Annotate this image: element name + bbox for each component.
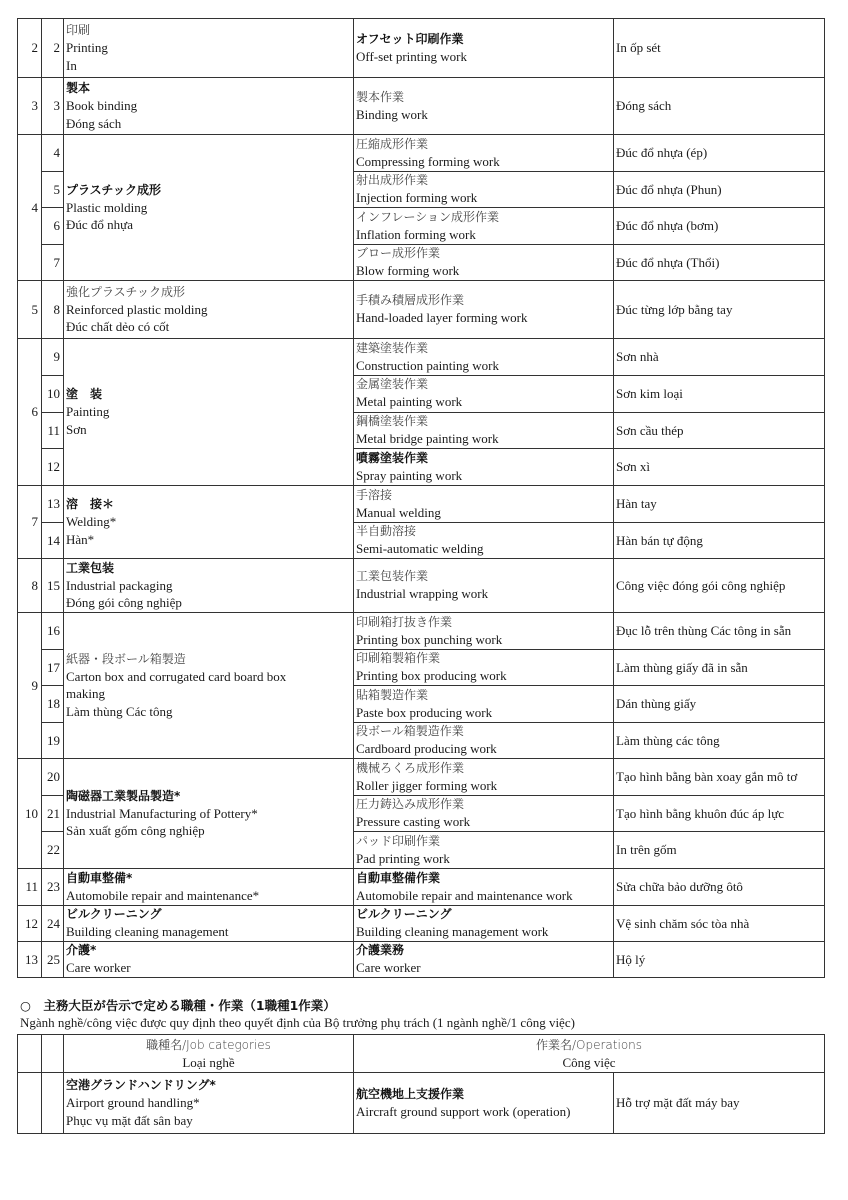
operation-number: 15 <box>42 559 64 613</box>
operation-vi: In ốp sét <box>614 19 825 78</box>
operation-vi: Đúc từng lớp bằng tay <box>614 281 825 339</box>
operation-jp: 印刷箱打抜き作業 <box>356 614 611 631</box>
job-jp: 工業包装 <box>66 560 351 577</box>
operation-number: 9 <box>42 339 64 376</box>
job-jp: 製本 <box>66 80 351 97</box>
operation-number: 5 <box>42 171 64 208</box>
operation-cell: 鋼橋塗装作業Metal bridge painting work <box>354 412 614 449</box>
operation-en: Injection forming work <box>356 189 611 207</box>
table-row: 69塗 装PaintingSơn建築塗装作業Construction paint… <box>18 339 825 376</box>
job-category-cell: 介護*Care worker <box>64 942 354 978</box>
job-jp: 陶磁器工業製品製造* <box>66 788 351 805</box>
operation-cell: 圧力鋳込み成形作業Pressure casting work <box>354 795 614 832</box>
operation-en: Pressure casting work <box>356 813 611 831</box>
section-heading: ○ 主務大臣が告示で定める職種・作業（1職種1作業） <box>20 996 336 1014</box>
job-en: Airport ground handling* <box>66 1094 351 1112</box>
operation-cell: パッド印刷作業Pad printing work <box>354 832 614 869</box>
operation-jp: 貼箱製造作業 <box>356 687 611 704</box>
operation-cell: インフレーション成形作業Inflation forming work <box>354 208 614 245</box>
header-job-label: 職種名/Job categories <box>66 1036 351 1054</box>
job-vi: Đúc chất dẻo có cốt <box>66 318 351 336</box>
operation-vi: Tạo hình bằng bàn xoay gắn mô tơ <box>614 759 825 796</box>
job-category-cell: 溶 接＊Welding*Hàn* <box>64 486 354 559</box>
job-vi: Làm thùng Các tông <box>66 703 351 721</box>
operation-cell: 工業包装作業Industrial wrapping work <box>354 559 614 613</box>
header-job-categories: 職種名/Job categories Loại nghề <box>64 1035 354 1073</box>
op-cell: 航空機地上支援作業 Aircraft ground support work (… <box>354 1073 614 1134</box>
job-category-cell: 紙器・段ボール箱製造Carton box and corrugated card… <box>64 613 354 759</box>
job-vi: Đúc đổ nhựa <box>66 216 351 234</box>
operation-jp: 半自動溶接 <box>356 523 611 540</box>
table-row: 1224ビルクリーニングBuilding cleaning management… <box>18 906 825 942</box>
operation-number: 12 <box>42 449 64 486</box>
group-number: 7 <box>18 486 42 559</box>
operation-number: 25 <box>42 942 64 978</box>
operation-number: 4 <box>42 135 64 172</box>
operation-vi: Hộ lý <box>614 942 825 978</box>
job-en: Care worker <box>66 959 351 977</box>
job-jp: 紙器・段ボール箱製造 <box>66 651 351 668</box>
operation-en: Pad printing work <box>356 850 611 868</box>
operation-en: Cardboard producing work <box>356 740 611 758</box>
operation-number: 24 <box>42 906 64 942</box>
job-en: Plastic molding <box>66 199 351 217</box>
job-en: Automobile repair and maintenance* <box>66 887 351 905</box>
op-jp: 航空機地上支援作業 <box>356 1086 611 1103</box>
operation-vi: Đục lỗ trên thùng Các tông in sẵn <box>614 613 825 650</box>
operation-vi: Vệ sinh chăm sóc tòa nhà <box>614 906 825 942</box>
section-subheading: Ngành nghề/công việc được quy định theo … <box>20 1015 575 1031</box>
table-row: 44プラスチック成形Plastic moldingĐúc đổ nhựa圧縮成形… <box>18 135 825 172</box>
job-jp: 介護* <box>66 942 351 959</box>
operation-en: Care worker <box>356 959 611 977</box>
minister-designated-table: 職種名/Job categories Loại nghề 作業名/Operati… <box>17 1034 825 1134</box>
operation-number: 11 <box>42 412 64 449</box>
operation-vi: Đúc đổ nhựa (bơm) <box>614 208 825 245</box>
operation-jp: 工業包装作業 <box>356 568 611 585</box>
operation-en: Semi-automatic welding <box>356 540 611 558</box>
operation-cell: 金属塗装作業Metal painting work <box>354 375 614 412</box>
operation-vi: Đúc đổ nhựa (Phun) <box>614 171 825 208</box>
job-en: Carton box and corrugated card board box… <box>66 668 316 703</box>
job-category-cell: プラスチック成形Plastic moldingĐúc đổ nhựa <box>64 135 354 281</box>
row-blank-1 <box>18 1073 42 1134</box>
table-row: 33製本Book bindingĐóng sách製本作業Binding wor… <box>18 78 825 135</box>
job-en: Book binding <box>66 97 351 115</box>
job-category-cell: 塗 装PaintingSơn <box>64 339 354 486</box>
operation-en: Hand-loaded layer forming work <box>356 309 611 327</box>
operation-jp: 金属塗装作業 <box>356 376 611 393</box>
job-category-cell: 製本Book bindingĐóng sách <box>64 78 354 135</box>
operation-number: 3 <box>42 78 64 135</box>
operation-cell: 手積み積層成形作業Hand-loaded layer forming work <box>354 281 614 339</box>
header-blank-1 <box>18 1035 42 1073</box>
operation-en: Off-set printing work <box>356 48 611 66</box>
job-jp: 溶 接＊ <box>66 496 351 513</box>
group-number: 2 <box>18 19 42 78</box>
operation-number: 18 <box>42 686 64 723</box>
operation-vi: Làm thùng các tông <box>614 722 825 759</box>
operation-jp: 段ボール箱製造作業 <box>356 723 611 740</box>
operation-vi: Công việc đóng gói công nghiệp <box>614 559 825 613</box>
operation-cell: 射出成形作業Injection forming work <box>354 171 614 208</box>
job-en: Building cleaning management <box>66 923 351 941</box>
operation-en: Roller jigger forming work <box>356 777 611 795</box>
operation-number: 8 <box>42 281 64 339</box>
operation-en: Binding work <box>356 106 611 124</box>
group-number: 9 <box>18 613 42 759</box>
operation-en: Paste box producing work <box>356 704 611 722</box>
job-jp: 空港グランドハンドリング* <box>66 1077 351 1094</box>
job-vi: Sơn <box>66 421 351 439</box>
operation-vi: Sửa chữa bảo dưỡng ôtô <box>614 869 825 906</box>
operation-cell: 自動車整備作業Automobile repair and maintenance… <box>354 869 614 906</box>
operation-en: Automobile repair and maintenance work <box>356 887 611 905</box>
operation-en: Spray painting work <box>356 467 611 485</box>
job-category-cell: 工業包装Industrial packagingĐóng gói công ng… <box>64 559 354 613</box>
job-category-cell: 印刷PrintingIn <box>64 19 354 78</box>
job-category-cell: 陶磁器工業製品製造*Industrial Manufacturing of Po… <box>64 759 354 869</box>
operation-jp: 印刷箱製箱作業 <box>356 650 611 667</box>
operation-en: Manual welding <box>356 504 611 522</box>
operation-number: 23 <box>42 869 64 906</box>
operation-en: Metal bridge painting work <box>356 430 611 448</box>
operation-vi: Đúc đổ nhựa (Thổi) <box>614 244 825 281</box>
operation-vi: Dán thùng giấy <box>614 686 825 723</box>
table-row: 1020陶磁器工業製品製造*Industrial Manufacturing o… <box>18 759 825 796</box>
job-vi: Phục vụ mặt đất sân bay <box>66 1112 351 1130</box>
operation-number: 13 <box>42 486 64 523</box>
job-en: Industrial Manufacturing of Pottery* <box>66 805 351 823</box>
operation-vi: Đúc đổ nhựa (ép) <box>614 135 825 172</box>
group-number: 4 <box>18 135 42 281</box>
group-number: 6 <box>18 339 42 486</box>
header-operations: 作業名/Operations Công việc <box>354 1035 825 1073</box>
operation-jp: パッド印刷作業 <box>356 833 611 850</box>
group-number: 13 <box>18 942 42 978</box>
operation-jp: 自動車整備作業 <box>356 870 611 887</box>
job-category-cell: 強化プラスチック成形Reinforced plastic moldingĐúc … <box>64 281 354 339</box>
table-row: 1325介護*Care worker介護業務Care workerHộ lý <box>18 942 825 978</box>
operation-en: Printing box punching work <box>356 631 611 649</box>
header-job-vi: Loại nghề <box>66 1054 351 1072</box>
operation-en: Metal painting work <box>356 393 611 411</box>
operation-vi: Hàn bán tự động <box>614 522 825 559</box>
operation-vi: Sơn cầu thép <box>614 412 825 449</box>
header-op-label: 作業名/Operations <box>356 1036 822 1054</box>
operation-vi: Tạo hình bằng khuôn đúc áp lực <box>614 795 825 832</box>
op-en: Aircraft ground support work (operation) <box>356 1103 611 1121</box>
table-row: 22印刷PrintingInオフセット印刷作業Off-set printing … <box>18 19 825 78</box>
table-row: 1123自動車整備*Automobile repair and maintena… <box>18 869 825 906</box>
header-op-vi: Công việc <box>356 1054 822 1072</box>
operation-cell: オフセット印刷作業Off-set printing work <box>354 19 614 78</box>
operation-jp: 機械ろくろ成形作業 <box>356 760 611 777</box>
operation-jp: ブロー成形作業 <box>356 245 611 262</box>
row-blank-2 <box>42 1073 64 1134</box>
operation-number: 6 <box>42 208 64 245</box>
group-number: 3 <box>18 78 42 135</box>
operation-en: Construction painting work <box>356 357 611 375</box>
operation-jp: 圧力鋳込み成形作業 <box>356 796 611 813</box>
header-row: 職種名/Job categories Loại nghề 作業名/Operati… <box>18 1035 825 1073</box>
operation-cell: 建築塗装作業Construction painting work <box>354 339 614 376</box>
operation-vi: Hàn tay <box>614 486 825 523</box>
job-category-cell: 自動車整備*Automobile repair and maintenance* <box>64 869 354 906</box>
operation-cell: 介護業務Care worker <box>354 942 614 978</box>
operation-jp: ビルクリーニング <box>356 906 611 923</box>
operation-jp: 建築塗装作業 <box>356 340 611 357</box>
job-vi: Sản xuất gốm công nghiệp <box>66 822 351 840</box>
operation-cell: ブロー成形作業Blow forming work <box>354 244 614 281</box>
operation-number: 17 <box>42 649 64 686</box>
job-vi: In <box>66 57 351 75</box>
operation-cell: 製本作業Binding work <box>354 78 614 135</box>
group-number: 10 <box>18 759 42 869</box>
table-row: 空港グランドハンドリング* Airport ground handling* P… <box>18 1073 825 1134</box>
job-en: Reinforced plastic molding <box>66 301 351 319</box>
job-cell: 空港グランドハンドリング* Airport ground handling* P… <box>64 1073 354 1134</box>
job-category-cell: ビルクリーニングBuilding cleaning management <box>64 906 354 942</box>
job-en: Printing <box>66 39 351 57</box>
operation-vi: Sơn xì <box>614 449 825 486</box>
op-vi-cell: Hỗ trợ mặt đất máy bay <box>614 1073 825 1134</box>
table-row: 713溶 接＊Welding*Hàn*手溶接Manual weldingHàn … <box>18 486 825 523</box>
operation-en: Compressing forming work <box>356 153 611 171</box>
operation-jp: 鋼橋塗装作業 <box>356 413 611 430</box>
operation-jp: インフレーション成形作業 <box>356 209 611 226</box>
group-number: 11 <box>18 869 42 906</box>
operation-vi: Đóng sách <box>614 78 825 135</box>
operation-en: Blow forming work <box>356 262 611 280</box>
job-vi: Hàn* <box>66 531 351 549</box>
job-vi: Đóng gói công nghiệp <box>66 594 351 612</box>
operation-number: 16 <box>42 613 64 650</box>
operation-number: 19 <box>42 722 64 759</box>
operation-number: 2 <box>42 19 64 78</box>
operation-jp: 噴霧塗装作業 <box>356 450 611 467</box>
operation-en: Printing box producing work <box>356 667 611 685</box>
job-jp: ビルクリーニング <box>66 906 351 923</box>
operation-cell: 噴霧塗装作業Spray painting work <box>354 449 614 486</box>
operation-jp: 介護業務 <box>356 942 611 959</box>
group-number: 5 <box>18 281 42 339</box>
operation-vi: In trên gốm <box>614 832 825 869</box>
job-jp: 自動車整備* <box>66 870 351 887</box>
operation-cell: 印刷箱打抜き作業Printing box punching work <box>354 613 614 650</box>
table-row: 815工業包装Industrial packagingĐóng gói công… <box>18 559 825 613</box>
operation-jp: オフセット印刷作業 <box>356 31 611 48</box>
group-number: 12 <box>18 906 42 942</box>
job-jp: 塗 装 <box>66 386 351 403</box>
operation-jp: 圧縮成形作業 <box>356 136 611 153</box>
job-jp: 印刷 <box>66 22 351 39</box>
operation-en: Inflation forming work <box>356 226 611 244</box>
job-en: Welding* <box>66 513 351 531</box>
operation-jp: 射出成形作業 <box>356 172 611 189</box>
operation-cell: 段ボール箱製造作業Cardboard producing work <box>354 722 614 759</box>
operation-en: Building cleaning management work <box>356 923 611 941</box>
operation-number: 21 <box>42 795 64 832</box>
operation-en: Industrial wrapping work <box>356 585 611 603</box>
table-row: 58強化プラスチック成形Reinforced plastic moldingĐú… <box>18 281 825 339</box>
header-blank-2 <box>42 1035 64 1073</box>
operation-cell: 印刷箱製箱作業Printing box producing work <box>354 649 614 686</box>
operation-cell: 手溶接Manual welding <box>354 486 614 523</box>
operation-number: 20 <box>42 759 64 796</box>
group-number: 8 <box>18 559 42 613</box>
operation-cell: 機械ろくろ成形作業Roller jigger forming work <box>354 759 614 796</box>
operation-vi: Làm thùng giấy đã in sẵn <box>614 649 825 686</box>
operation-number: 14 <box>42 522 64 559</box>
operation-cell: 半自動溶接Semi-automatic welding <box>354 522 614 559</box>
table-row: 916紙器・段ボール箱製造Carton box and corrugated c… <box>18 613 825 650</box>
operation-jp: 手溶接 <box>356 487 611 504</box>
job-en: Painting <box>66 403 351 421</box>
operation-jp: 製本作業 <box>356 89 611 106</box>
operation-number: 22 <box>42 832 64 869</box>
operation-cell: ビルクリーニングBuilding cleaning management wor… <box>354 906 614 942</box>
operation-number: 10 <box>42 375 64 412</box>
operation-vi: Sơn kim loại <box>614 375 825 412</box>
job-jp: プラスチック成形 <box>66 182 351 199</box>
job-vi: Đóng sách <box>66 115 351 133</box>
job-en: Industrial packaging <box>66 577 351 595</box>
operation-number: 7 <box>42 244 64 281</box>
operation-cell: 圧縮成形作業Compressing forming work <box>354 135 614 172</box>
operation-vi: Sơn nhà <box>614 339 825 376</box>
job-jp: 強化プラスチック成形 <box>66 284 351 301</box>
job-categories-table: 22印刷PrintingInオフセット印刷作業Off-set printing … <box>17 18 825 978</box>
operation-jp: 手積み積層成形作業 <box>356 292 611 309</box>
operation-cell: 貼箱製造作業Paste box producing work <box>354 686 614 723</box>
